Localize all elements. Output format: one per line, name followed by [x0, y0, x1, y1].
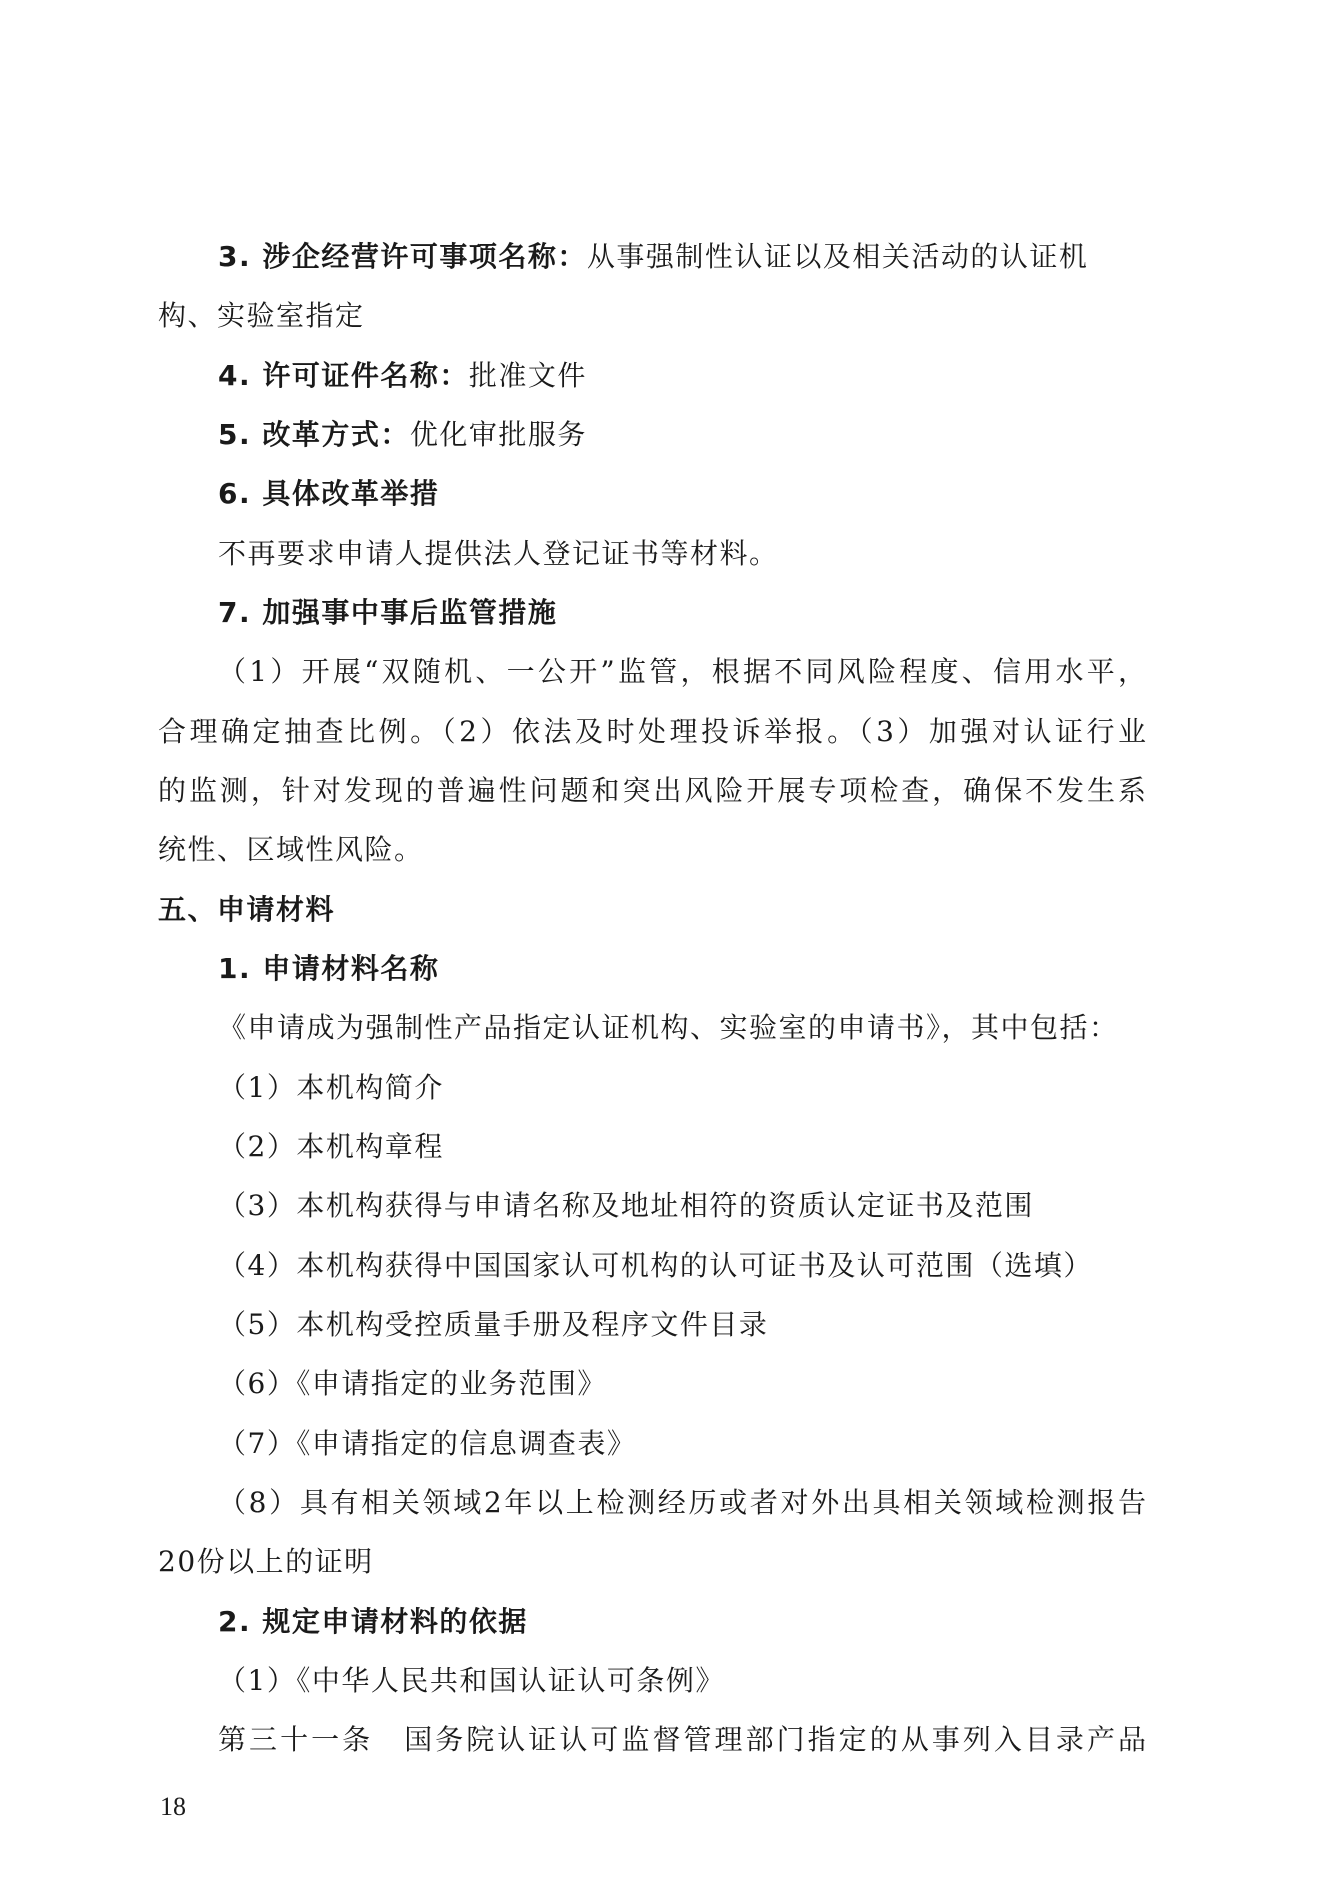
list-item: （4）本机构获得中国国家认可机构的认可证书及认可范围（选填）: [218, 1246, 1146, 1286]
paragraph-line: 合理确定抽查比例。（2）依法及时处理投诉举报。（3）加强对认证行业: [158, 712, 1146, 752]
page-number: 18: [160, 1793, 186, 1821]
heading-specific-reform-measures: 6. 具体改革举措: [218, 474, 1146, 514]
paragraph-line: 统性、区域性风险。: [158, 830, 1146, 870]
paragraph-line: 构、实验室指定: [158, 296, 1146, 336]
list-item: （2）本机构章程: [218, 1127, 1146, 1167]
item-label: 3. 涉企经营许可事项名称：: [218, 240, 587, 273]
item-text: 从事强制性认证以及相关活动的认证机: [587, 240, 1089, 273]
list-item: （6）《申请指定的业务范围》: [218, 1364, 1146, 1404]
item-text: 批准文件: [469, 359, 587, 392]
paragraph-line: （1）开展“双随机、一公开”监管，根据不同风险程度、信用水平，: [218, 652, 1146, 692]
item-5-reform-method: 5. 改革方式：优化审批服务: [218, 415, 1146, 455]
heading-material-names: 1. 申请材料名称: [218, 949, 1146, 989]
item-text: 优化审批服务: [410, 418, 587, 451]
item-label: 5. 改革方式：: [218, 418, 410, 451]
paragraph-line: 第三十一条 国务院认证认可监督管理部门指定的从事列入目录产品: [218, 1720, 1146, 1760]
paragraph-line: 20份以上的证明: [158, 1542, 1146, 1582]
item-4-license-document-name: 4. 许可证件名称：批准文件: [218, 356, 1146, 396]
document-page: 3. 涉企经营许可事项名称：从事强制性认证以及相关活动的认证机 构、实验室指定 …: [0, 0, 1339, 1890]
list-item: （8）具有相关领域2年以上检测经历或者对外出具相关领域检测报告: [218, 1483, 1146, 1523]
item-3-license-matter-name: 3. 涉企经营许可事项名称：从事强制性认证以及相关活动的认证机: [218, 237, 1146, 277]
paragraph-line: 的监测，针对发现的普遍性问题和突出风险开展专项检查，确保不发生系: [158, 771, 1146, 811]
list-item: （5）本机构受控质量手册及程序文件目录: [218, 1305, 1146, 1345]
list-item: （7）《申请指定的信息调查表》: [218, 1424, 1146, 1464]
paragraph-line: 不再要求申请人提供法人登记证书等材料。: [218, 534, 1146, 574]
heading-supervision-measures: 7. 加强事中事后监管措施: [218, 593, 1146, 633]
list-item: （3）本机构获得与申请名称及地址相符的资质认定证书及范围: [218, 1186, 1146, 1226]
paragraph-line: 《申请成为强制性产品指定认证机构、实验室的申请书》，其中包括：: [218, 1008, 1146, 1048]
heading-material-basis: 2. 规定申请材料的依据: [218, 1602, 1146, 1642]
section-heading-application-materials: 五、申请材料: [158, 890, 1146, 930]
item-label: 4. 许可证件名称：: [218, 359, 469, 392]
list-item: （1）本机构简介: [218, 1068, 1146, 1108]
list-item: （1）《中华人民共和国认证认可条例》: [218, 1661, 1146, 1701]
